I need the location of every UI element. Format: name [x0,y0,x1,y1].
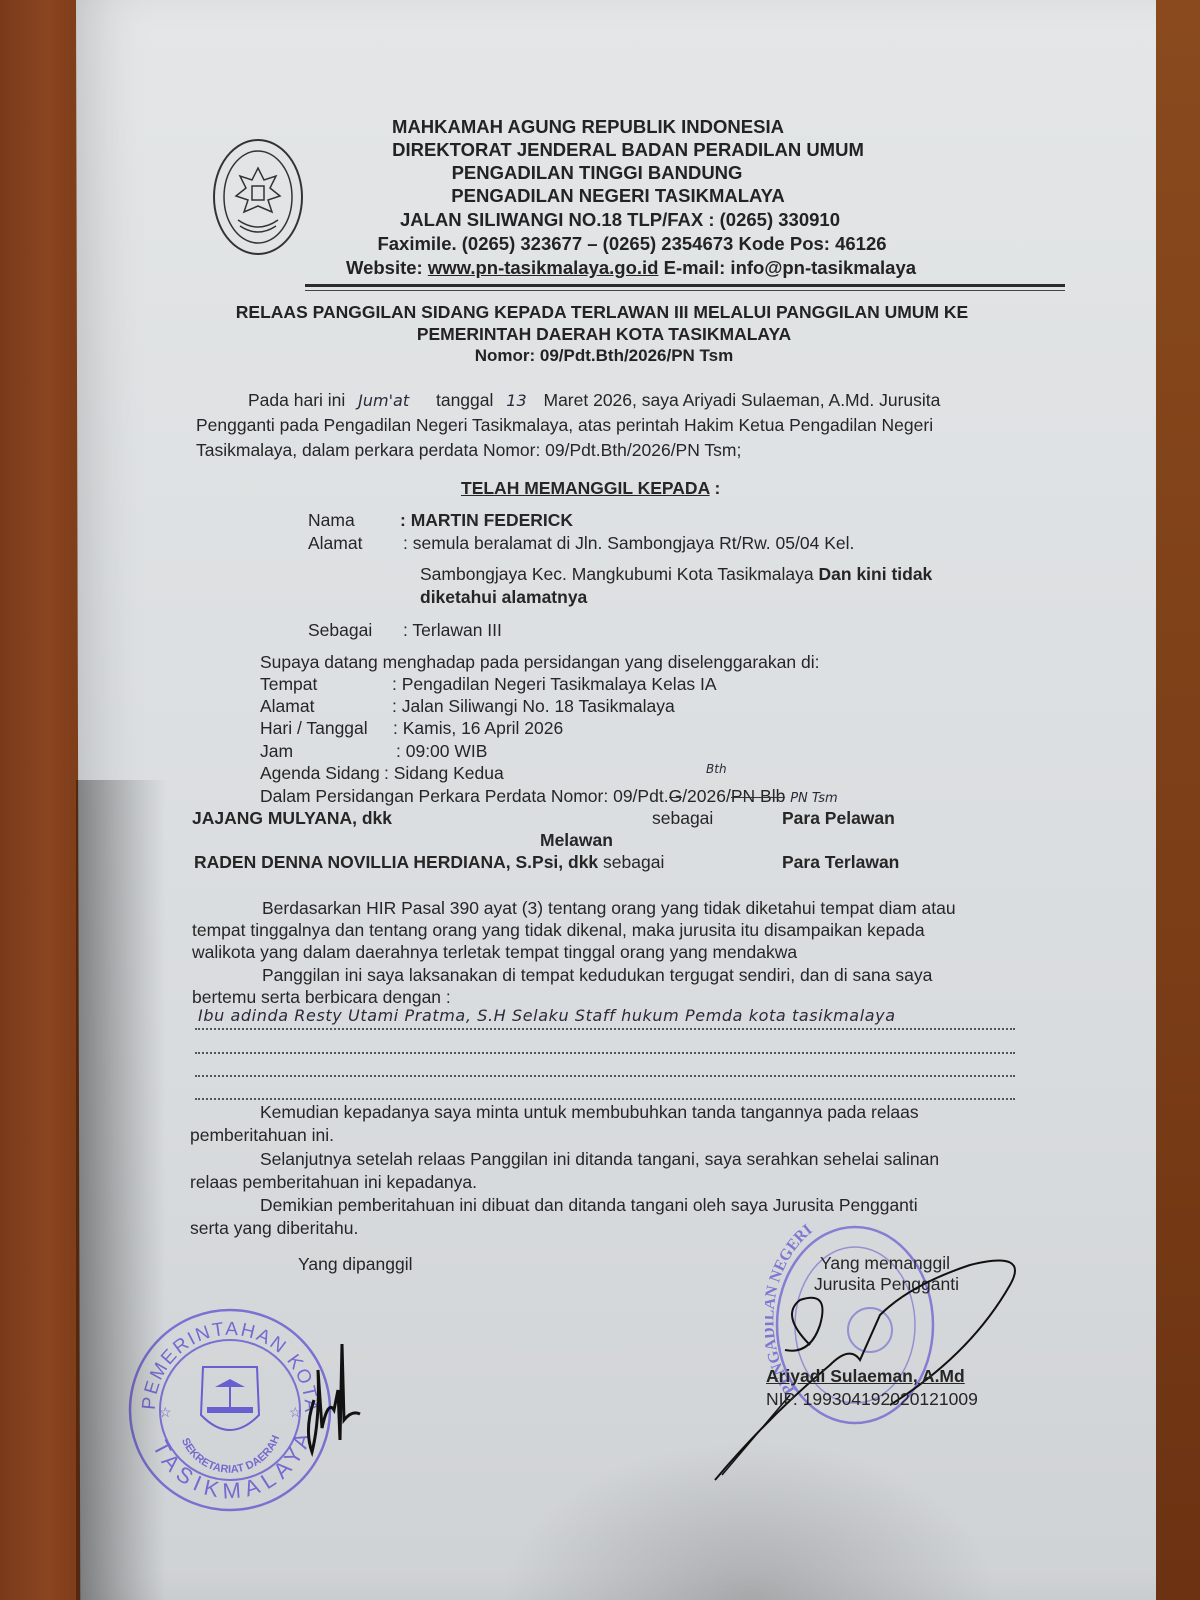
signer-name: Ariyadi Sulaeman, A.Md [766,1366,965,1387]
summoned-heading: TELAH MEMANGGIL KEPADA : [461,478,720,499]
letterhead-rule-thick [305,284,1065,287]
plaintiff-as: sebagai [652,808,713,829]
address-line-3: diketahui alamatnya [420,587,587,608]
hearing-value: : 09:00 WIB [396,741,487,762]
document-number: Nomor: 09/Pdt.Bth/2026/PN Tsm [4,346,1200,366]
handwritten-met-with: Ibu adinda Resty Utami Pratma, S.H Selak… [198,1006,896,1025]
role-value: : Terlawan III [403,620,502,641]
address-label: Alamat [308,533,362,554]
website-link[interactable]: www.pn-tasikmalaya.go.id [428,257,659,278]
name-value: : MARTIN FEDERICK [400,510,573,531]
defendant-role: Para Terlawan [782,852,899,873]
plaintiff-role: Para Pelawan [782,808,895,829]
website-label: Website: [346,257,423,278]
body-p1-line-2: tempat tinggalnya dan tentang orang yang… [192,920,925,941]
hearing-value: : Jalan Siliwangi No. 18 Tasikmalaya [392,696,675,717]
body-p1-line-3: walikota yang dalam daerahnya terletak t… [192,942,797,963]
document-title-line-2: PEMERINTAH DAERAH KOTA TASIKMALAYA [4,324,1200,345]
handwritten-case-type: Bth [706,762,727,776]
body-p2-line-1: Panggilan ini saya laksanakan di tempat … [262,965,932,986]
address-line-2: Sambongjaya Kec. Mangkubumi Kota Tasikma… [420,564,932,585]
plaintiff-name: JAJANG MULYANA, dkk [192,808,392,829]
hearing-label: Tempat [260,674,317,695]
body-p3-line-2: pemberitahuan ini. [190,1125,334,1146]
letterhead-address: JALAN SILIWANGI NO.18 TLP/FAX : (0265) 3… [20,209,1200,231]
versus-label: Melawan [540,830,613,851]
body-p1-line-1: Berdasarkan HIR Pasal 390 ayat (3) tenta… [262,898,956,919]
signer-nip: NIP. 199304192020121009 [766,1389,978,1410]
document-title-line-1: RELAAS PANGGILAN SIDANG KEPADA TERLAWAN … [2,302,1200,323]
hearing-label: Jam [260,741,293,762]
hearing-value: : Kamis, 16 April 2026 [393,718,563,739]
letterhead-fax: Faximile. (0265) 323677 – (0265) 2354673… [32,233,1200,255]
dotted-line [195,1098,1015,1100]
defendant-name: RADEN DENNA NOVILLIA HERDIANA, S.Psi, dk… [194,852,598,872]
case-number-line: Dalam Persidangan Perkara Perdata Nomor:… [260,786,838,807]
letterhead-contact: Website: www.pn-tasikmalaya.go.id E-mail… [31,257,1200,279]
svg-text:☆: ☆ [159,1404,172,1420]
summoner-signature-scribble [710,1245,1040,1485]
summoned-signature-label: Yang dipanggil [298,1254,413,1275]
dotted-line [195,1075,1015,1077]
role-label: Sebagai [308,620,372,641]
letterhead-line-4: PENGADILAN NEGERI TASIKMALAYA [18,185,1200,207]
name-label: Nama [308,510,355,531]
hearing-label: Agenda Sidang [260,763,380,784]
letterhead-line-1: MAHKAMAH AGUNG REPUBLIK INDONESIA [0,116,1188,138]
body-p5-line-1: Demikian pemberitahuan ini dibuat dan di… [260,1195,918,1216]
body-p4-line-2: relaas pemberitahuan ini kepadanya. [190,1172,477,1193]
hearing-label: Hari / Tanggal [260,718,368,739]
dotted-line [195,1028,1015,1030]
email-text: E-mail: info@pn-tasikmalaya [664,257,916,278]
handwritten-date: 13 [506,391,526,410]
hearing-intro: Supaya datang menghadap pada persidangan… [260,652,819,673]
summoned-signature-scribble [300,1340,370,1460]
hearing-value: : Pengadilan Negeri Tasikmalaya Kelas IA [392,674,717,695]
handwritten-day: Jum'at [358,391,409,410]
hearing-label: Alamat [260,696,314,717]
intro-line-2: Pengganti pada Pengadilan Negeri Tasikma… [196,415,933,436]
letterhead-line-3: PENGADILAN TINGGI BANDUNG [0,162,1197,184]
handwritten-court-code: PN Tsm [790,791,838,806]
defendant-line: RADEN DENNA NOVILLIA HERDIANA, S.Psi, dk… [194,852,664,873]
struck-text: PN Blb [731,786,785,806]
letterhead-line-2: DIREKTORAT JENDERAL BADAN PERADILAN UMUM [28,139,1200,161]
body-p4-line-1: Selanjutnya setelah relaas Panggilan ini… [260,1149,939,1170]
letterhead-rule-thin [305,290,1065,291]
intro-line-3: Tasikmalaya, dalam perkara perdata Nomor… [196,440,741,461]
body-p2-line-2: bertemu serta berbicara dengan : [192,987,451,1008]
hearing-value: : Sidang Kedua [384,763,504,784]
body-p5-line-2: serta yang diberitahu. [190,1218,358,1239]
body-p3-line-1: Kemudian kepadanya saya minta untuk memb… [260,1102,919,1123]
address-line-1: : semula beralamat di Jln. Sambongjaya R… [403,533,854,554]
struck-text: G [669,786,683,806]
dotted-line [195,1052,1015,1054]
intro-line-1: Pada hari ini Jum'at tanggal 13 Maret 20… [248,390,940,411]
